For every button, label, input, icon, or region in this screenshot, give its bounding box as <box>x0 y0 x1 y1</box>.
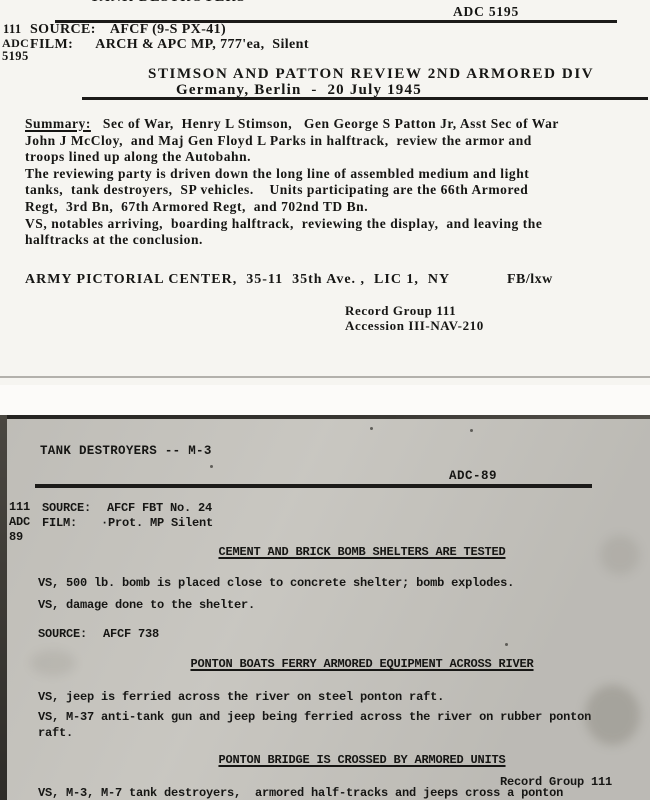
card1-bottom-edge <box>0 376 650 378</box>
catalog-card-tank-destroyers: TANK DESTROYERS -- M-3 ADC-89 111 ADC 89… <box>0 415 650 800</box>
card2-stamp-adc: ADC <box>9 516 30 529</box>
card2-top-edge <box>0 415 650 419</box>
summary-line: Regt, 3rd Bn, 67th Armored Regt, and 702… <box>25 199 559 216</box>
card1-title-rule <box>82 97 648 100</box>
card2-film-row: FILM: ·Prot. MP Silent <box>42 516 213 530</box>
section-heading-ponton-bridge: PONTON BRIDGE IS CROSSED BY ARMORED UNIT… <box>74 753 650 767</box>
card2-subject: TANK DESTROYERS -- M-3 <box>40 445 212 459</box>
summary-line: tanks, tank destroyers, SP vehicles. Uni… <box>25 182 559 199</box>
section-line: VS, M-37 anti-tank gun and jeep being fe… <box>38 711 591 724</box>
card1-record-group: Record Group 111 <box>345 304 456 318</box>
scan-blotch <box>30 650 76 676</box>
card2-source-label: SOURCE: <box>42 501 91 515</box>
section-line: raft. <box>38 727 73 740</box>
summary-line: The reviewing party is driven down the l… <box>25 166 559 183</box>
card2-stamp-89: 89 <box>9 531 23 544</box>
card2-source2-label: SOURCE: <box>38 627 87 641</box>
summary-line1-text: Sec of War, Henry L Stimson, Gen George … <box>103 116 559 133</box>
card1-source-value: AFCF (9-S PX-41) <box>110 22 226 38</box>
scan-blotch <box>585 685 640 745</box>
card1-adc-code: ADC 5195 <box>453 5 519 20</box>
card1-summary: Summary: Sec of War, Henry L Stimson, Ge… <box>25 116 559 249</box>
card2-source2-value: AFCF 738 <box>103 627 159 641</box>
scanned-archive-page: TANK DESTROYERS ADC 5195 111 ADC 5195 SO… <box>0 0 650 800</box>
card1-org-line: ARMY PICTORIAL CENTER, 35-11 35th Ave. ,… <box>25 272 450 287</box>
scan-speck <box>370 427 373 430</box>
card1-source-row: SOURCE: AFCF (9-S PX-41) <box>30 22 226 38</box>
card1-film-label: FILM: <box>30 37 73 53</box>
scan-blotch <box>600 535 640 575</box>
section-line: VS, damage done to the shelter. <box>38 599 255 612</box>
card2-source2-row: SOURCE: AFCF 738 <box>38 627 159 641</box>
scan-speck <box>210 465 213 468</box>
section-line: VS, jeep is ferried across the river on … <box>38 691 444 704</box>
section-heading-bomb-shelters: CEMENT AND BRICK BOMB SHELTERS ARE TESTE… <box>74 545 650 559</box>
summary-line: halftracks at the conclusion. <box>25 232 559 249</box>
card1-film-row: FILM: ARCH & APC MP, 777'ea, Silent <box>30 37 309 53</box>
card1-title: STIMSON AND PATTON REVIEW 2ND ARMORED DI… <box>148 66 594 83</box>
summary-line: Summary: Sec of War, Henry L Stimson, Ge… <box>25 116 559 133</box>
section-heading-ponton-boats: PONTON BOATS FERRY ARMORED EQUIPMENT ACR… <box>74 657 650 671</box>
summary-label: Summary: <box>25 116 91 133</box>
card1-stamp-111: 111 <box>3 23 22 37</box>
summary-line: John J McCloy, and Maj Gen Floyd L Parks… <box>25 133 559 150</box>
section-line: VS, M-3, M-7 tank destroyers, armored ha… <box>38 787 563 800</box>
card2-film-value: ·Prot. MP Silent <box>101 516 213 530</box>
card2-stamp-111: 111 <box>9 501 30 514</box>
card2-film-label: FILM: <box>42 516 77 530</box>
card2-source-row: SOURCE: AFCF FBT No. 24 <box>42 501 212 515</box>
catalog-card-stimson-patton: TANK DESTROYERS ADC 5195 111 ADC 5195 SO… <box>0 0 650 385</box>
scan-speck <box>268 547 271 550</box>
card2-main-rule <box>35 484 592 488</box>
card1-source-label: SOURCE: <box>30 22 96 38</box>
card1-credit-code: FB/lxw <box>507 272 553 287</box>
section-line: VS, 500 lb. bomb is placed close to conc… <box>38 577 514 590</box>
summary-line: troops lined up along the Autobahn. <box>25 149 559 166</box>
card1-accession: Accession III-NAV-210 <box>345 319 484 333</box>
card1-stamp-5195: 5195 <box>2 50 29 64</box>
card2-left-edge <box>0 415 7 800</box>
scan-speck <box>505 643 508 646</box>
clipped-header-text: TANK DESTROYERS <box>90 0 246 5</box>
card2-source-value: AFCF FBT No. 24 <box>107 501 212 515</box>
card1-film-value: ARCH & APC MP, 777'ea, Silent <box>95 37 309 53</box>
scan-speck <box>470 429 473 432</box>
summary-line: VS, notables arriving, boarding halftrac… <box>25 216 559 233</box>
card2-adc-code: ADC-89 <box>449 470 497 484</box>
